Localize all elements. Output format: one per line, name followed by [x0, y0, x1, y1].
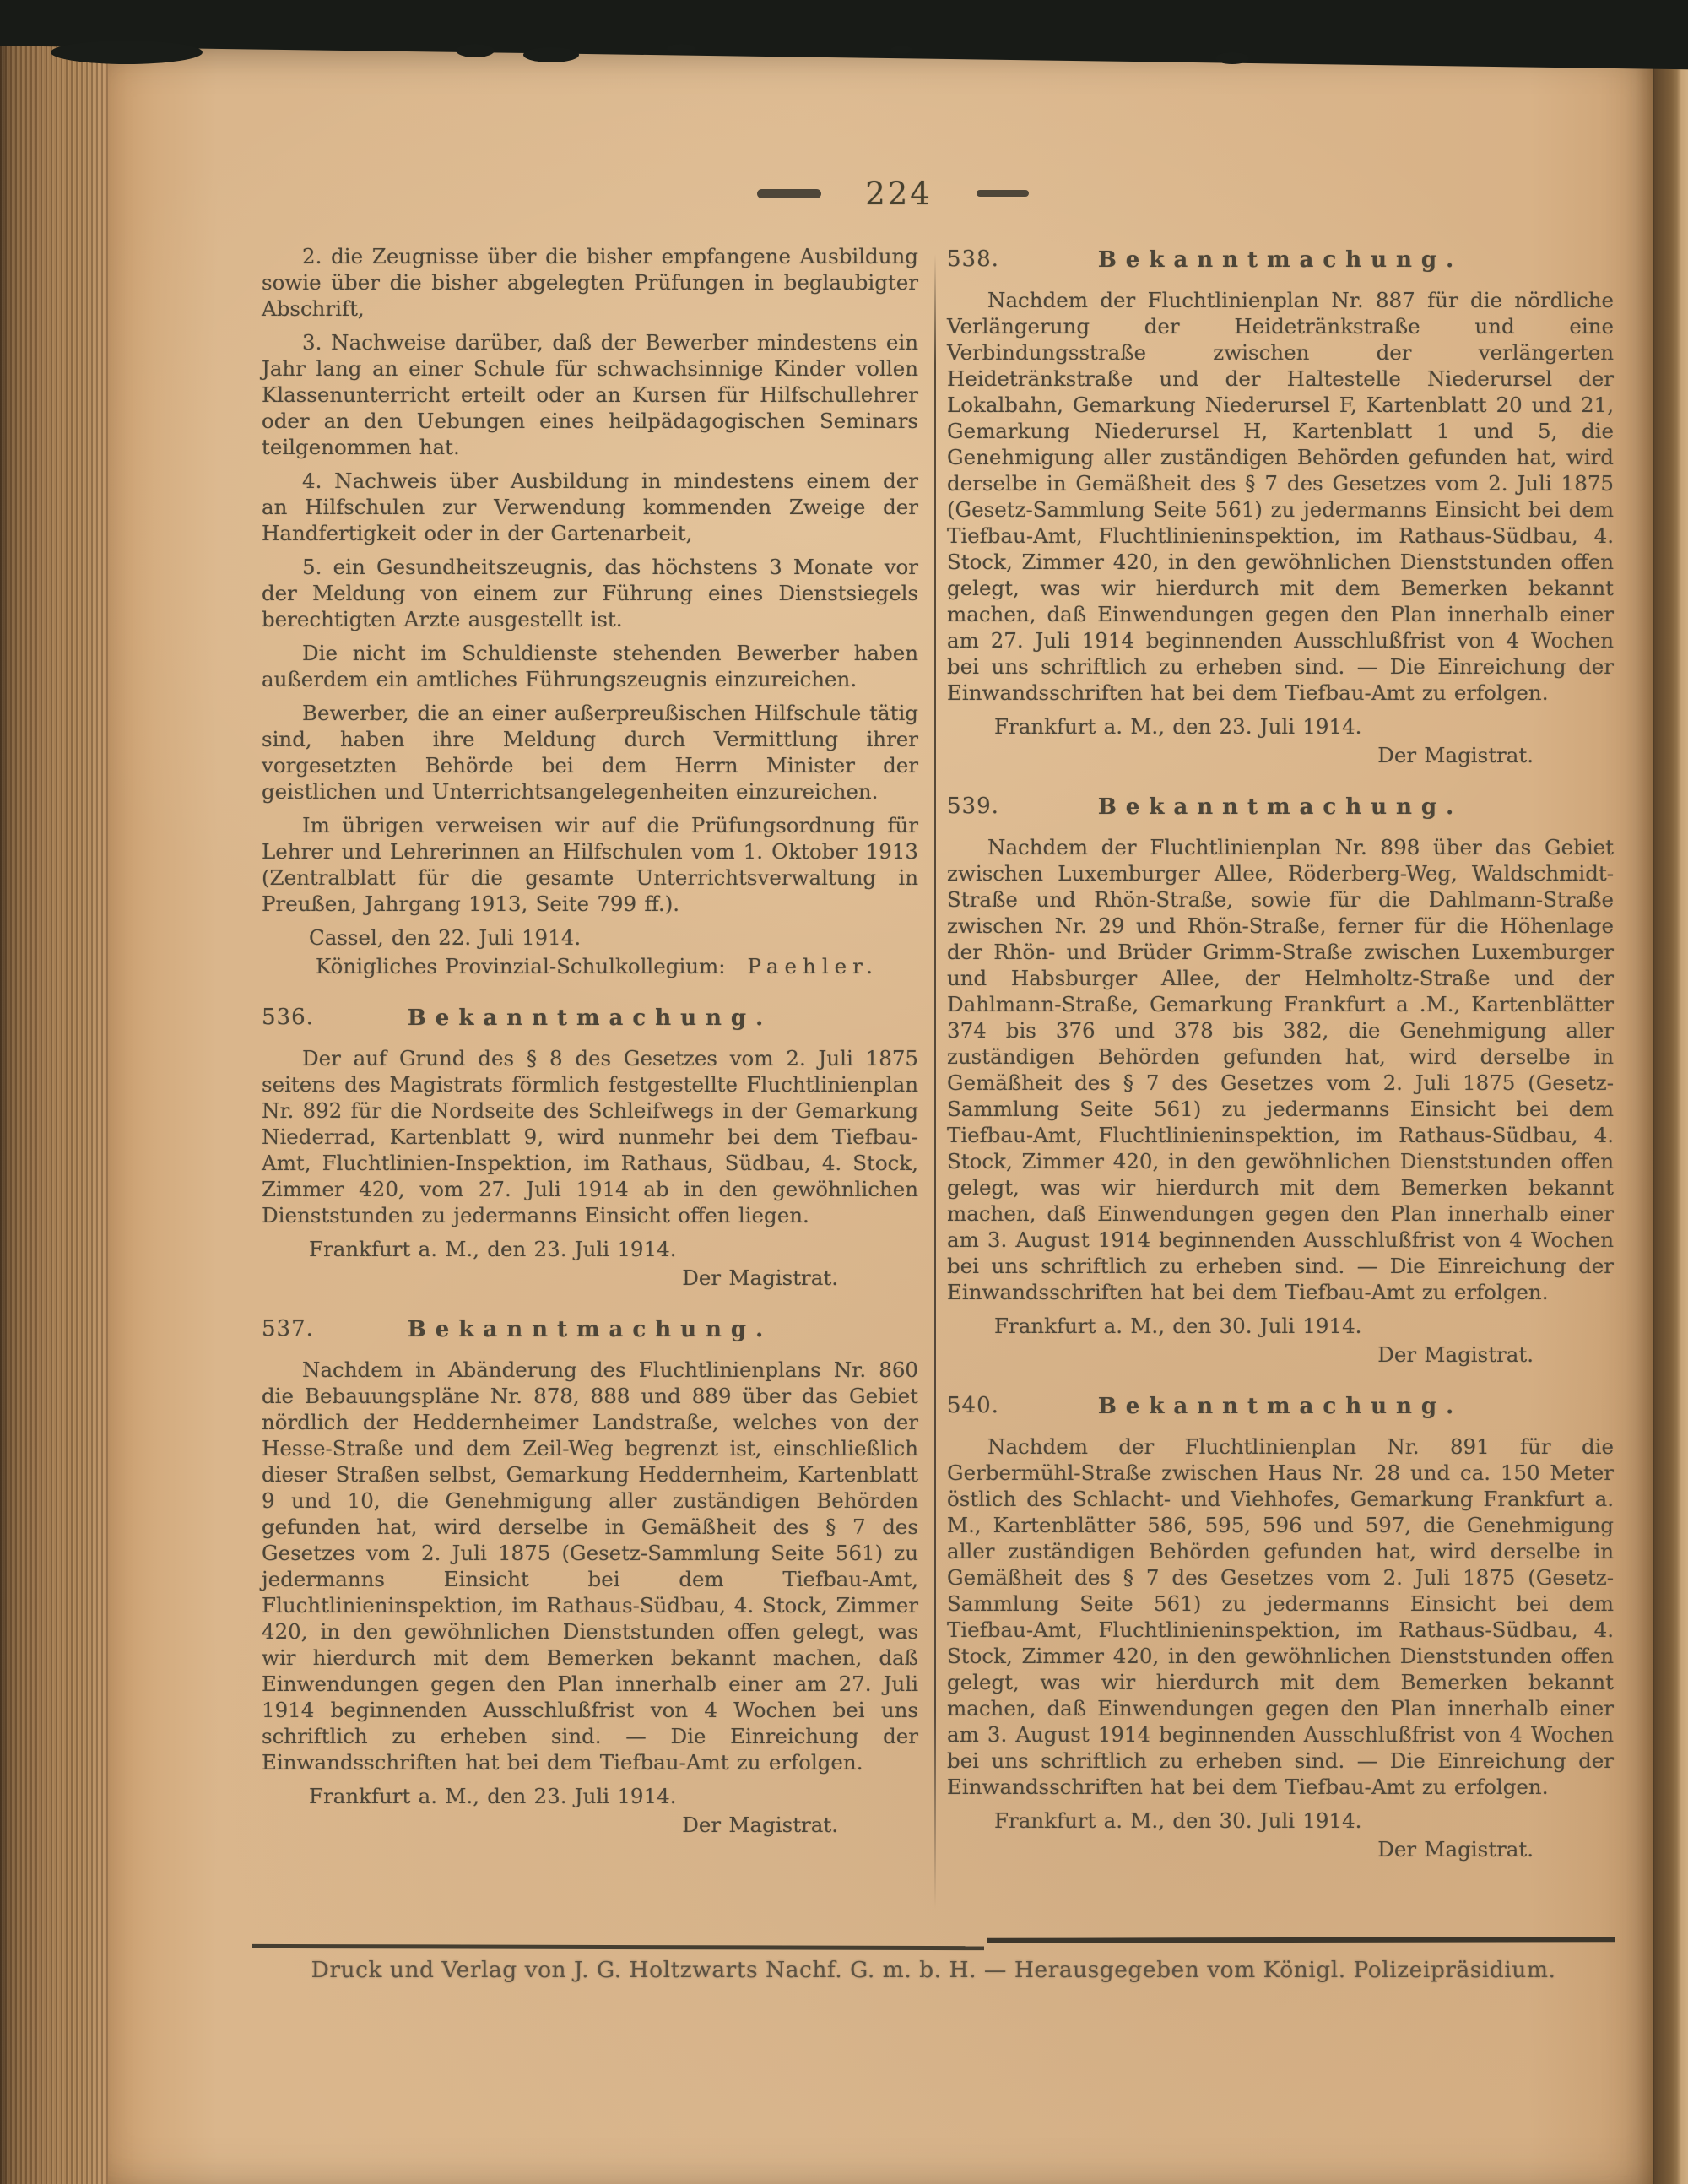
section-heading: Bekanntmachung.	[408, 1005, 772, 1031]
left-column: 2. die Zeugnisse über die bisher empfang…	[262, 243, 918, 1841]
paper-page: 224 2. die Zeugnisse über die bisher emp…	[108, 47, 1653, 2184]
signature-label: Königliches Provinzial-Schulkollegium:	[316, 954, 726, 978]
imprint-line: Druck und Verlag von J. G. Holtzwarts Na…	[250, 1957, 1617, 1983]
section-body: Der auf Grund des § 8 des Gesetzes vom 2…	[262, 1045, 918, 1228]
section-heading-row: 536. Bekanntmachung.	[262, 1005, 918, 1032]
scanned-book-page: 224 2. die Zeugnisse über die bisher emp…	[0, 0, 1688, 2184]
section-538: 538. Bekanntmachung. Nachdem der Fluchtl…	[947, 247, 1614, 768]
intro-paragraph: 4. Nachweis über Ausbildung in mindesten…	[262, 468, 918, 546]
section-540: 540. Bekanntmachung. Nachdem der Fluchtl…	[947, 1393, 1614, 1862]
intro-paragraph: 3. Nachweise darüber, daß der Bewerber m…	[262, 329, 918, 460]
signature: Der Magistrat.	[947, 742, 1614, 768]
header-dash-left-icon	[757, 189, 821, 198]
section-body: Nachdem der Fluchtlinienplan Nr. 891 für…	[947, 1433, 1614, 1800]
column-divider	[934, 254, 936, 1909]
section-number: 537.	[262, 1316, 314, 1342]
intro-paragraph: 2. die Zeugnisse über die bisher empfang…	[262, 243, 918, 322]
section-body: Nachdem der Fluchtlinienplan Nr. 898 übe…	[947, 834, 1614, 1305]
dateline: Cassel, den 22. Juli 1914.	[262, 924, 918, 951]
header-dash-right-icon	[977, 190, 1029, 197]
torn-edge-notch	[890, 46, 912, 54]
section-number: 539.	[947, 794, 999, 820]
footer-rule-left	[252, 1944, 984, 1950]
footer-rule-right	[987, 1937, 1615, 1943]
intro-paragraph: Bewerber, die an einer außerpreußischen …	[262, 700, 918, 805]
section-number: 538.	[947, 247, 999, 273]
signature: Der Magistrat.	[262, 1265, 918, 1291]
book-edge-right	[1651, 56, 1688, 2184]
signature: Der Magistrat.	[262, 1812, 918, 1838]
section-heading: Bekanntmachung.	[1098, 1394, 1463, 1419]
torn-edge-notch	[51, 41, 203, 64]
section-number: 540.	[947, 1393, 999, 1419]
torn-edge-notch	[523, 47, 579, 62]
dateline: Frankfurt a. M., den 23. Juli 1914.	[262, 1783, 918, 1809]
intro-paragraph: Im übrigen verweisen wir auf die Prüfung…	[262, 812, 918, 917]
dateline: Frankfurt a. M., den 23. Juli 1914.	[262, 1236, 918, 1262]
section-heading: Bekanntmachung.	[1098, 247, 1463, 273]
signature: Königliches Provinzial-Schulkollegium:Pa…	[262, 953, 918, 979]
dateline: Frankfurt a. M., den 30. Juli 1914.	[947, 1807, 1614, 1834]
book-edge-left	[0, 34, 110, 2184]
section-body: Nachdem der Fluchtlinienplan Nr. 887 für…	[947, 287, 1614, 706]
intro-paragraph: 5. ein Gesundheitszeugnis, das höchstens…	[262, 554, 918, 632]
page-header: 224	[716, 174, 1070, 213]
section-heading-row: 537. Bekanntmachung.	[262, 1316, 918, 1343]
section-number: 536.	[262, 1005, 314, 1031]
intro-paragraph: Die nicht im Schuldienste stehenden Bewe…	[262, 640, 918, 692]
section-539: 539. Bekanntmachung. Nachdem der Fluchtl…	[947, 794, 1614, 1368]
signature: Der Magistrat.	[947, 1836, 1614, 1862]
section-body: Nachdem in Abänderung des Fluchtlinienpl…	[262, 1357, 918, 1775]
section-heading-row: 540. Bekanntmachung.	[947, 1393, 1614, 1420]
section-536: 536. Bekanntmachung. Der auf Grund des §…	[262, 1005, 918, 1291]
torn-edge-notch	[667, 44, 695, 54]
torn-edge-notch	[1215, 52, 1249, 64]
right-column: 538. Bekanntmachung. Nachdem der Fluchtl…	[947, 243, 1614, 1866]
section-heading: Bekanntmachung.	[1098, 794, 1463, 820]
dateline: Frankfurt a. M., den 23. Juli 1914.	[947, 713, 1614, 740]
dateline: Frankfurt a. M., den 30. Juli 1914.	[947, 1313, 1614, 1339]
torn-edge-notch	[456, 44, 495, 57]
signature: Der Magistrat.	[947, 1341, 1614, 1368]
section-heading-row: 539. Bekanntmachung.	[947, 794, 1614, 821]
section-heading: Bekanntmachung.	[408, 1317, 772, 1342]
page-number: 224	[865, 176, 933, 212]
section-heading-row: 538. Bekanntmachung.	[947, 247, 1614, 274]
signature-name: Paehler.	[748, 954, 879, 978]
section-537: 537. Bekanntmachung. Nachdem in Abänderu…	[262, 1316, 918, 1838]
